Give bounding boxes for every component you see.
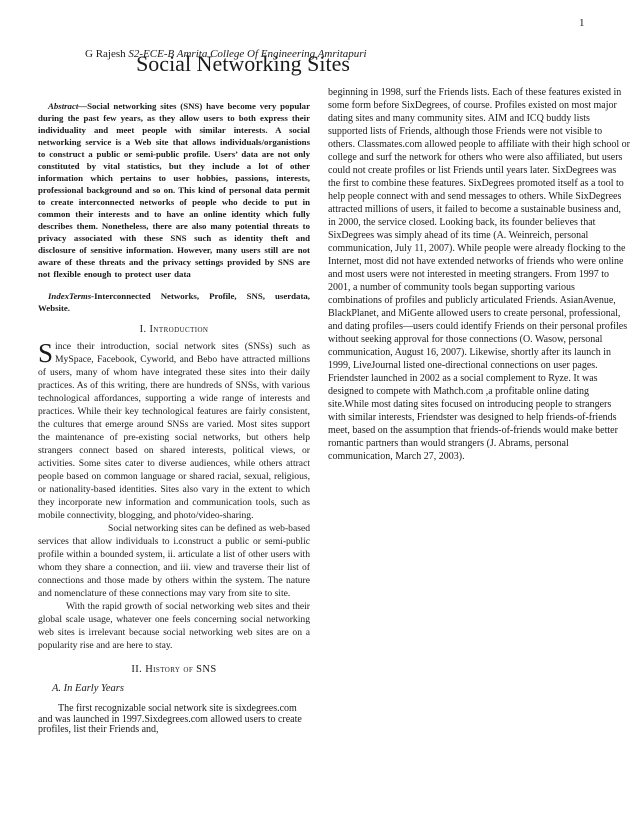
intro-paragraph-1-text: ince their introduction, social network …: [38, 341, 310, 521]
history-paragraph: The first recognizable social network si…: [38, 704, 310, 736]
subsection-heading-early-years: A. In Early Years: [52, 683, 310, 694]
paper-page: 1 G Rajesh S2-ECE-B Amrita College Of En…: [0, 0, 638, 826]
intro-paragraph-2: Social networking sites can be defined a…: [38, 522, 310, 600]
abstract-label: Abstract—: [48, 101, 87, 111]
page-number: 1: [579, 17, 585, 29]
right-column: beginning in 1998, surf the Friends list…: [328, 86, 630, 463]
index-terms: IndexTerms-Interconnected Networks, Prof…: [38, 290, 310, 314]
section-heading-history: II. History of SNS: [38, 664, 310, 675]
abstract: Abstract—Social networking sites (SNS) h…: [38, 100, 310, 280]
section-heading-introduction: I. Introduction: [38, 324, 310, 335]
intro-paragraph-1: Since their introduction, social network…: [38, 340, 310, 522]
left-column: Abstract—Social networking sites (SNS) h…: [38, 100, 310, 736]
index-terms-label: IndexTerms-: [48, 291, 94, 301]
paper-title: Social Networking Sites: [103, 51, 383, 77]
abstract-text: Social networking sites (SNS) have becom…: [38, 101, 310, 279]
drop-cap: S: [38, 340, 55, 364]
right-column-text: beginning in 1998, surf the Friends list…: [328, 86, 630, 463]
intro-paragraph-3: With the rapid growth of social networki…: [38, 600, 310, 652]
